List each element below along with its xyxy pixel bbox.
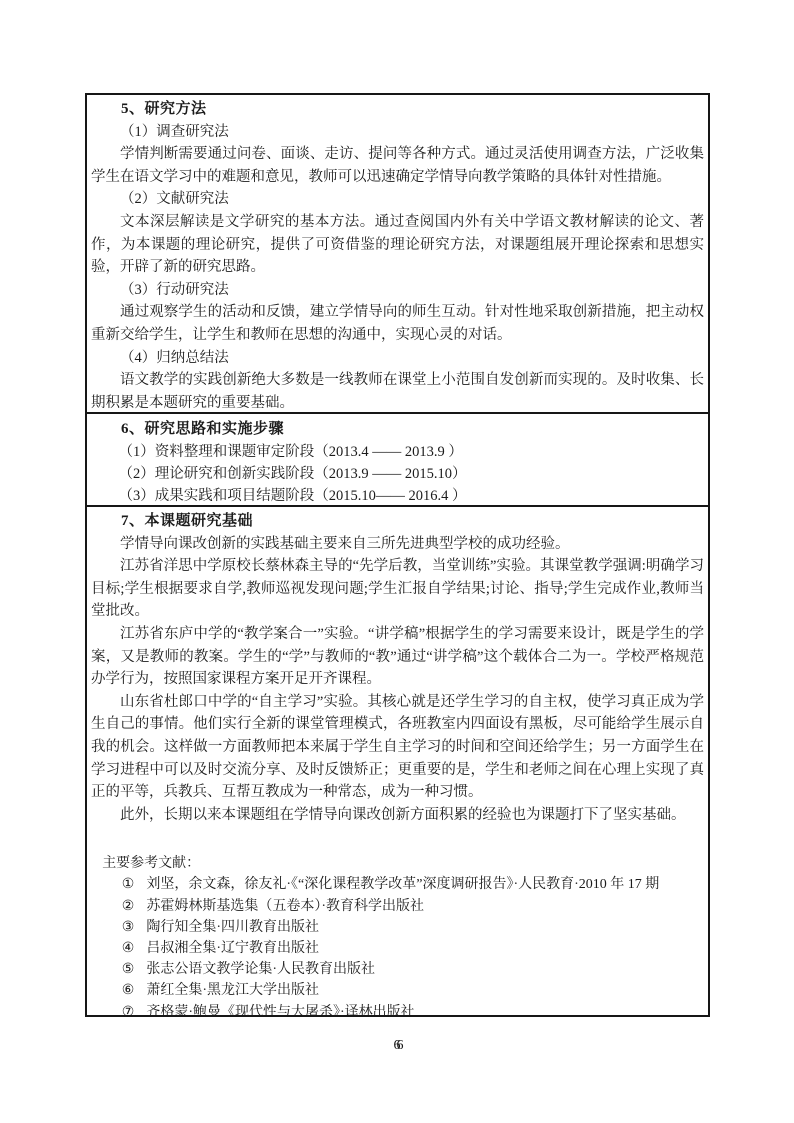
method-3-body: 通过观察学生的活动和反馈，建立学情导向的师生互动。针对性地采取创新措施，把主动权… bbox=[91, 301, 704, 346]
step-3: （3）成果实践和项目结题阶段（2015.10—— 2016.4 ） bbox=[91, 485, 704, 507]
reference-item: ④ 吕叔湘全集·辽宁教育出版社 bbox=[91, 938, 704, 959]
reference-number: ⑦ bbox=[122, 1002, 135, 1015]
step-1: （1）资料整理和课题审定阶段（2013.4 —— 2013.9 ） bbox=[91, 441, 704, 463]
reference-text: 刘坚，余文森，徐友礼·《“深化课程教学改革”深度调研报告》·人民教育·2010 … bbox=[146, 874, 704, 895]
section-research-methods: 5、研究方法 （1）调查研究法 学情判断需要通过问卷、面谈、走访、提问等各种方式… bbox=[87, 95, 708, 414]
reference-number: ⑤ bbox=[122, 959, 135, 980]
section6-heading: 6、研究思路和实施步骤 bbox=[91, 417, 704, 441]
reference-text: 吕叔湘全集·辽宁教育出版社 bbox=[146, 938, 704, 959]
reference-number: ⑥ bbox=[122, 980, 135, 1001]
reference-item: ⑦ 齐格蒙·鲍曼《现代性与大屠杀》·译林出版社 bbox=[91, 1002, 704, 1015]
document-page: 5、研究方法 （1）调查研究法 学情判断需要通过问卷、面谈、走访、提问等各种方式… bbox=[0, 0, 794, 1123]
reference-text: 张志公语文教学论集·人民教育出版社 bbox=[146, 959, 704, 980]
reference-item: ② 苏霍姆林斯基选集（五卷本）·教育科学出版社 bbox=[91, 896, 704, 917]
section-research-foundation: 7、本课题研究基础 学情导向课改创新的实践基础主要来自三所先进典型学校的成功经验… bbox=[87, 507, 708, 1015]
method-1-body: 学情判断需要通过问卷、面谈、走访、提问等各种方式。通过灵活使用调查方法，广泛收集… bbox=[91, 143, 704, 188]
reference-number: ② bbox=[122, 896, 135, 917]
reference-item: ① 刘坚，余文森，徐友礼·《“深化课程教学改革”深度调研报告》·人民教育·201… bbox=[91, 874, 704, 895]
section7-heading: 7、本课题研究基础 bbox=[91, 510, 704, 533]
method-4-title: （4）归纳总结法 bbox=[91, 347, 704, 370]
method-1-title: （1）调查研究法 bbox=[91, 121, 704, 144]
page-number: 6 bbox=[0, 1038, 794, 1054]
foundation-yangsi: 江苏省洋思中学原校长蔡林森主导的“先学后教，当堂训练”实验。其课堂教学强调:明确… bbox=[91, 555, 704, 623]
section-research-steps: 6、研究思路和实施步骤 （1）资料整理和课题审定阶段（2013.4 —— 201… bbox=[87, 414, 708, 507]
reference-number: ① bbox=[122, 874, 135, 895]
foundation-dulangkou: 山东省杜郎口中学的“自主学习”实验。其核心就是还学生学习的自主权，使学习真正成为… bbox=[91, 691, 704, 804]
foundation-donglu: 江苏省东庐中学的“教学案合一”实验。“讲学稿”根据学生的学习需要来设计，既是学生… bbox=[91, 623, 704, 691]
reference-item: ⑤ 张志公语文教学论集·人民教育出版社 bbox=[91, 959, 704, 980]
reference-number: ④ bbox=[122, 938, 135, 959]
method-4-body: 语文教学的实践创新绝大多数是一线教师在课堂上小范围自发创新而实现的。及时收集、长… bbox=[91, 369, 704, 414]
proposal-form-table: 5、研究方法 （1）调查研究法 学情判断需要通过问卷、面谈、走访、提问等各种方式… bbox=[85, 93, 710, 1017]
reference-item: ⑥ 萧红全集·黑龙江大学出版社 bbox=[91, 980, 704, 1001]
foundation-intro: 学情导向课改创新的实践基础主要来自三所先进典型学校的成功经验。 bbox=[91, 533, 704, 556]
reference-text: 齐格蒙·鲍曼《现代性与大屠杀》·译林出版社 bbox=[146, 1002, 704, 1015]
reference-text: 苏霍姆林斯基选集（五卷本）·教育科学出版社 bbox=[146, 896, 704, 917]
step-2: （2）理论研究和创新实践阶段（2013.9 —— 2015.10） bbox=[91, 463, 704, 485]
section5-heading: 5、研究方法 bbox=[91, 98, 704, 121]
method-3-title: （3）行动研究法 bbox=[91, 279, 704, 302]
reference-text: 陶行知全集·四川教育出版社 bbox=[146, 917, 704, 938]
references-label: 主要参考文献： bbox=[91, 853, 704, 874]
foundation-conclusion: 此外，长期以来本课题组在学情导向课改创新方面积累的经验也为课题打下了坚实基础。 bbox=[91, 804, 704, 827]
reference-text: 萧红全集·黑龙江大学出版社 bbox=[146, 980, 704, 1001]
reference-item: ③ 陶行知全集·四川教育出版社 bbox=[91, 917, 704, 938]
method-2-body: 文本深层解读是文学研究的基本方法。通过查阅国内外有关中学语文教材解读的论文、著作… bbox=[91, 211, 704, 279]
reference-number: ③ bbox=[122, 917, 135, 938]
method-2-title: （2）文献研究法 bbox=[91, 188, 704, 211]
